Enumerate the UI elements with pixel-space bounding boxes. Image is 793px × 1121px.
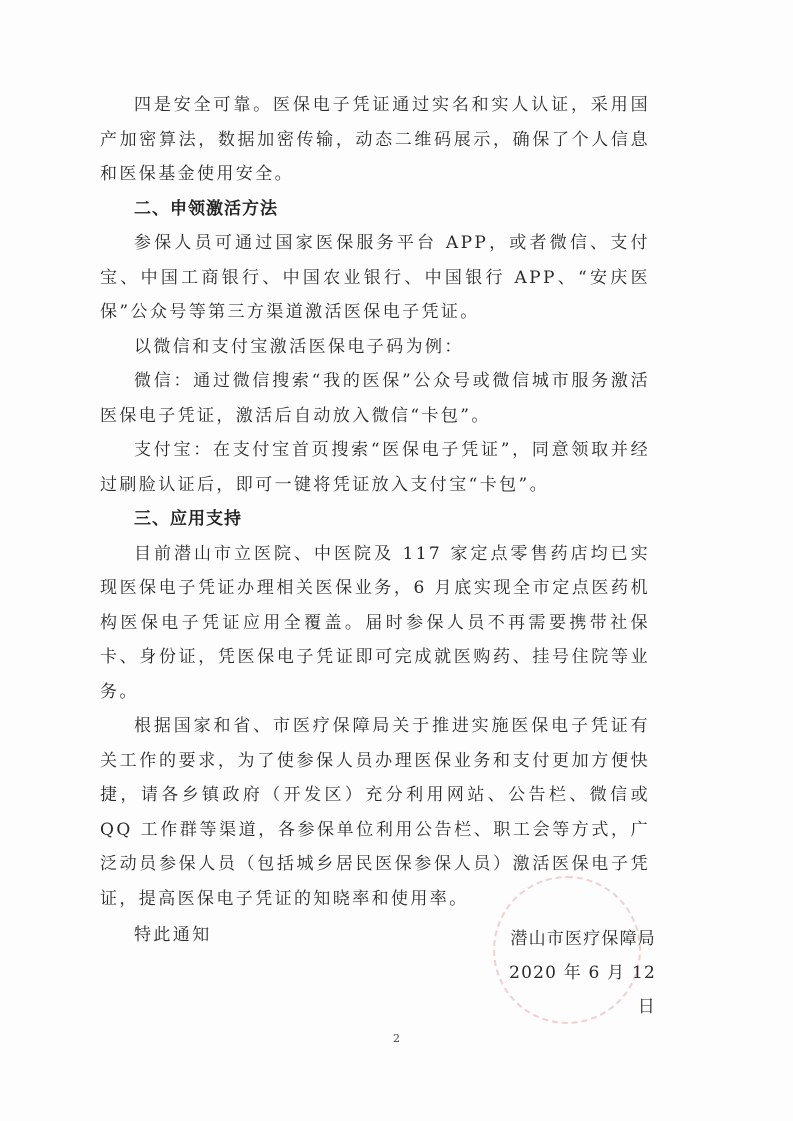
paragraph-channels: 参保人员可通过国家医保服务平台 APP，或者微信、支付宝、中国工商银行、中国农业… [100, 226, 650, 330]
issuer-name: 潜山市医疗保障局 [486, 922, 656, 956]
issue-date: 2020 年 6 月 12 日 [486, 956, 656, 1024]
signature-block: 潜山市医疗保障局 2020 年 6 月 12 日 [486, 922, 656, 1024]
page-number: 2 [0, 1032, 793, 1045]
document-page: 四是安全可靠。医保电子凭证通过实名和实人认证，采用国产加密算法，数据加密传输，动… [0, 0, 793, 1121]
paragraph-security: 四是安全可靠。医保电子凭证通过实名和实人认证，采用国产加密算法，数据加密传输，动… [100, 88, 650, 192]
section-heading-activation: 二、申领激活方法 [100, 192, 650, 227]
paragraph-alipay: 支付宝：在支付宝首页搜索“医保电子凭证”，同意领取并经过刷脸认证后，即可一键将凭… [100, 433, 650, 502]
paragraph-current-support: 目前潜山市立医院、中医院及 117 家定点零售药店均已实现医保电子凭证办理相关医… [100, 537, 650, 710]
document-body: 四是安全可靠。医保电子凭证通过实名和实人认证，采用国产加密算法，数据加密传输，动… [100, 88, 650, 953]
paragraph-wechat: 微信：通过微信搜索“我的医保”公众号或微信城市服务激活医保电子凭证，激活后自动放… [100, 364, 650, 433]
paragraph-example-intro: 以微信和支付宝激活医保电子码为例： [100, 330, 650, 365]
section-heading-support: 三、应用支持 [100, 502, 650, 537]
